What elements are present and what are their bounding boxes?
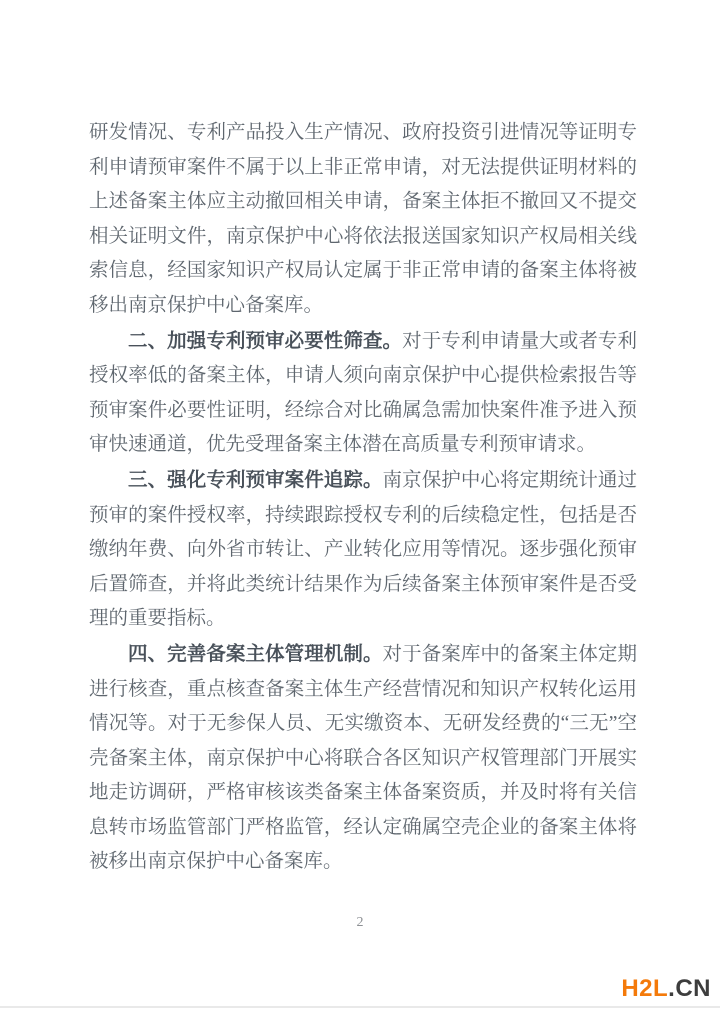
document-page: 研发情况、专利产品投入生产情况、政府投资引进情况等证明专利申请预审案件不属于以上… bbox=[0, 0, 720, 1019]
paragraph-text: 南京保护中心将定期统计通过预审的案件授权率，持续跟踪授权专利的后续稳定性，包括是… bbox=[89, 470, 637, 629]
page-number: 2 bbox=[0, 915, 720, 931]
footer-divider bbox=[0, 1006, 720, 1008]
paragraph-section-4: 四、完善备案主体管理机制。对于备案库中的备案主体定期进行核查，重点核查备案主体生… bbox=[89, 637, 637, 880]
paragraph-heading: 四、完善备案主体管理机制。 bbox=[128, 643, 383, 665]
watermark-cn-text: .CN bbox=[668, 975, 711, 1002]
paragraph-text: 对于备案库中的备案主体定期进行核查，重点核查备案主体生产经营情况和知识产权转化运… bbox=[89, 644, 637, 873]
paragraph-text: 研发情况、专利产品投入生产情况、政府投资引进情况等证明专利申请预审案件不属于以上… bbox=[89, 122, 637, 316]
watermark-logo[interactable]: H2L.CN bbox=[621, 976, 711, 1002]
document-body: 研发情况、专利产品投入生产情况、政府投资引进情况等证明专利申请预审案件不属于以上… bbox=[89, 116, 637, 880]
paragraph-heading: 三、强化专利预审案件追踪。 bbox=[128, 469, 383, 491]
paragraph-heading: 二、加强专利预审必要性筛查。 bbox=[128, 330, 402, 352]
paragraph-continuation: 研发情况、专利产品投入生产情况、政府投资引进情况等证明专利申请预审案件不属于以上… bbox=[89, 116, 637, 324]
watermark-h2l-text: H2L bbox=[621, 975, 668, 1002]
paragraph-section-2: 二、加强专利预审必要性筛查。对于专利申请量大或者专利授权率低的备案主体，申请人须… bbox=[89, 324, 637, 463]
paragraph-section-3: 三、强化专利预审案件追踪。南京保护中心将定期统计通过预审的案件授权率，持续跟踪授… bbox=[89, 463, 637, 637]
